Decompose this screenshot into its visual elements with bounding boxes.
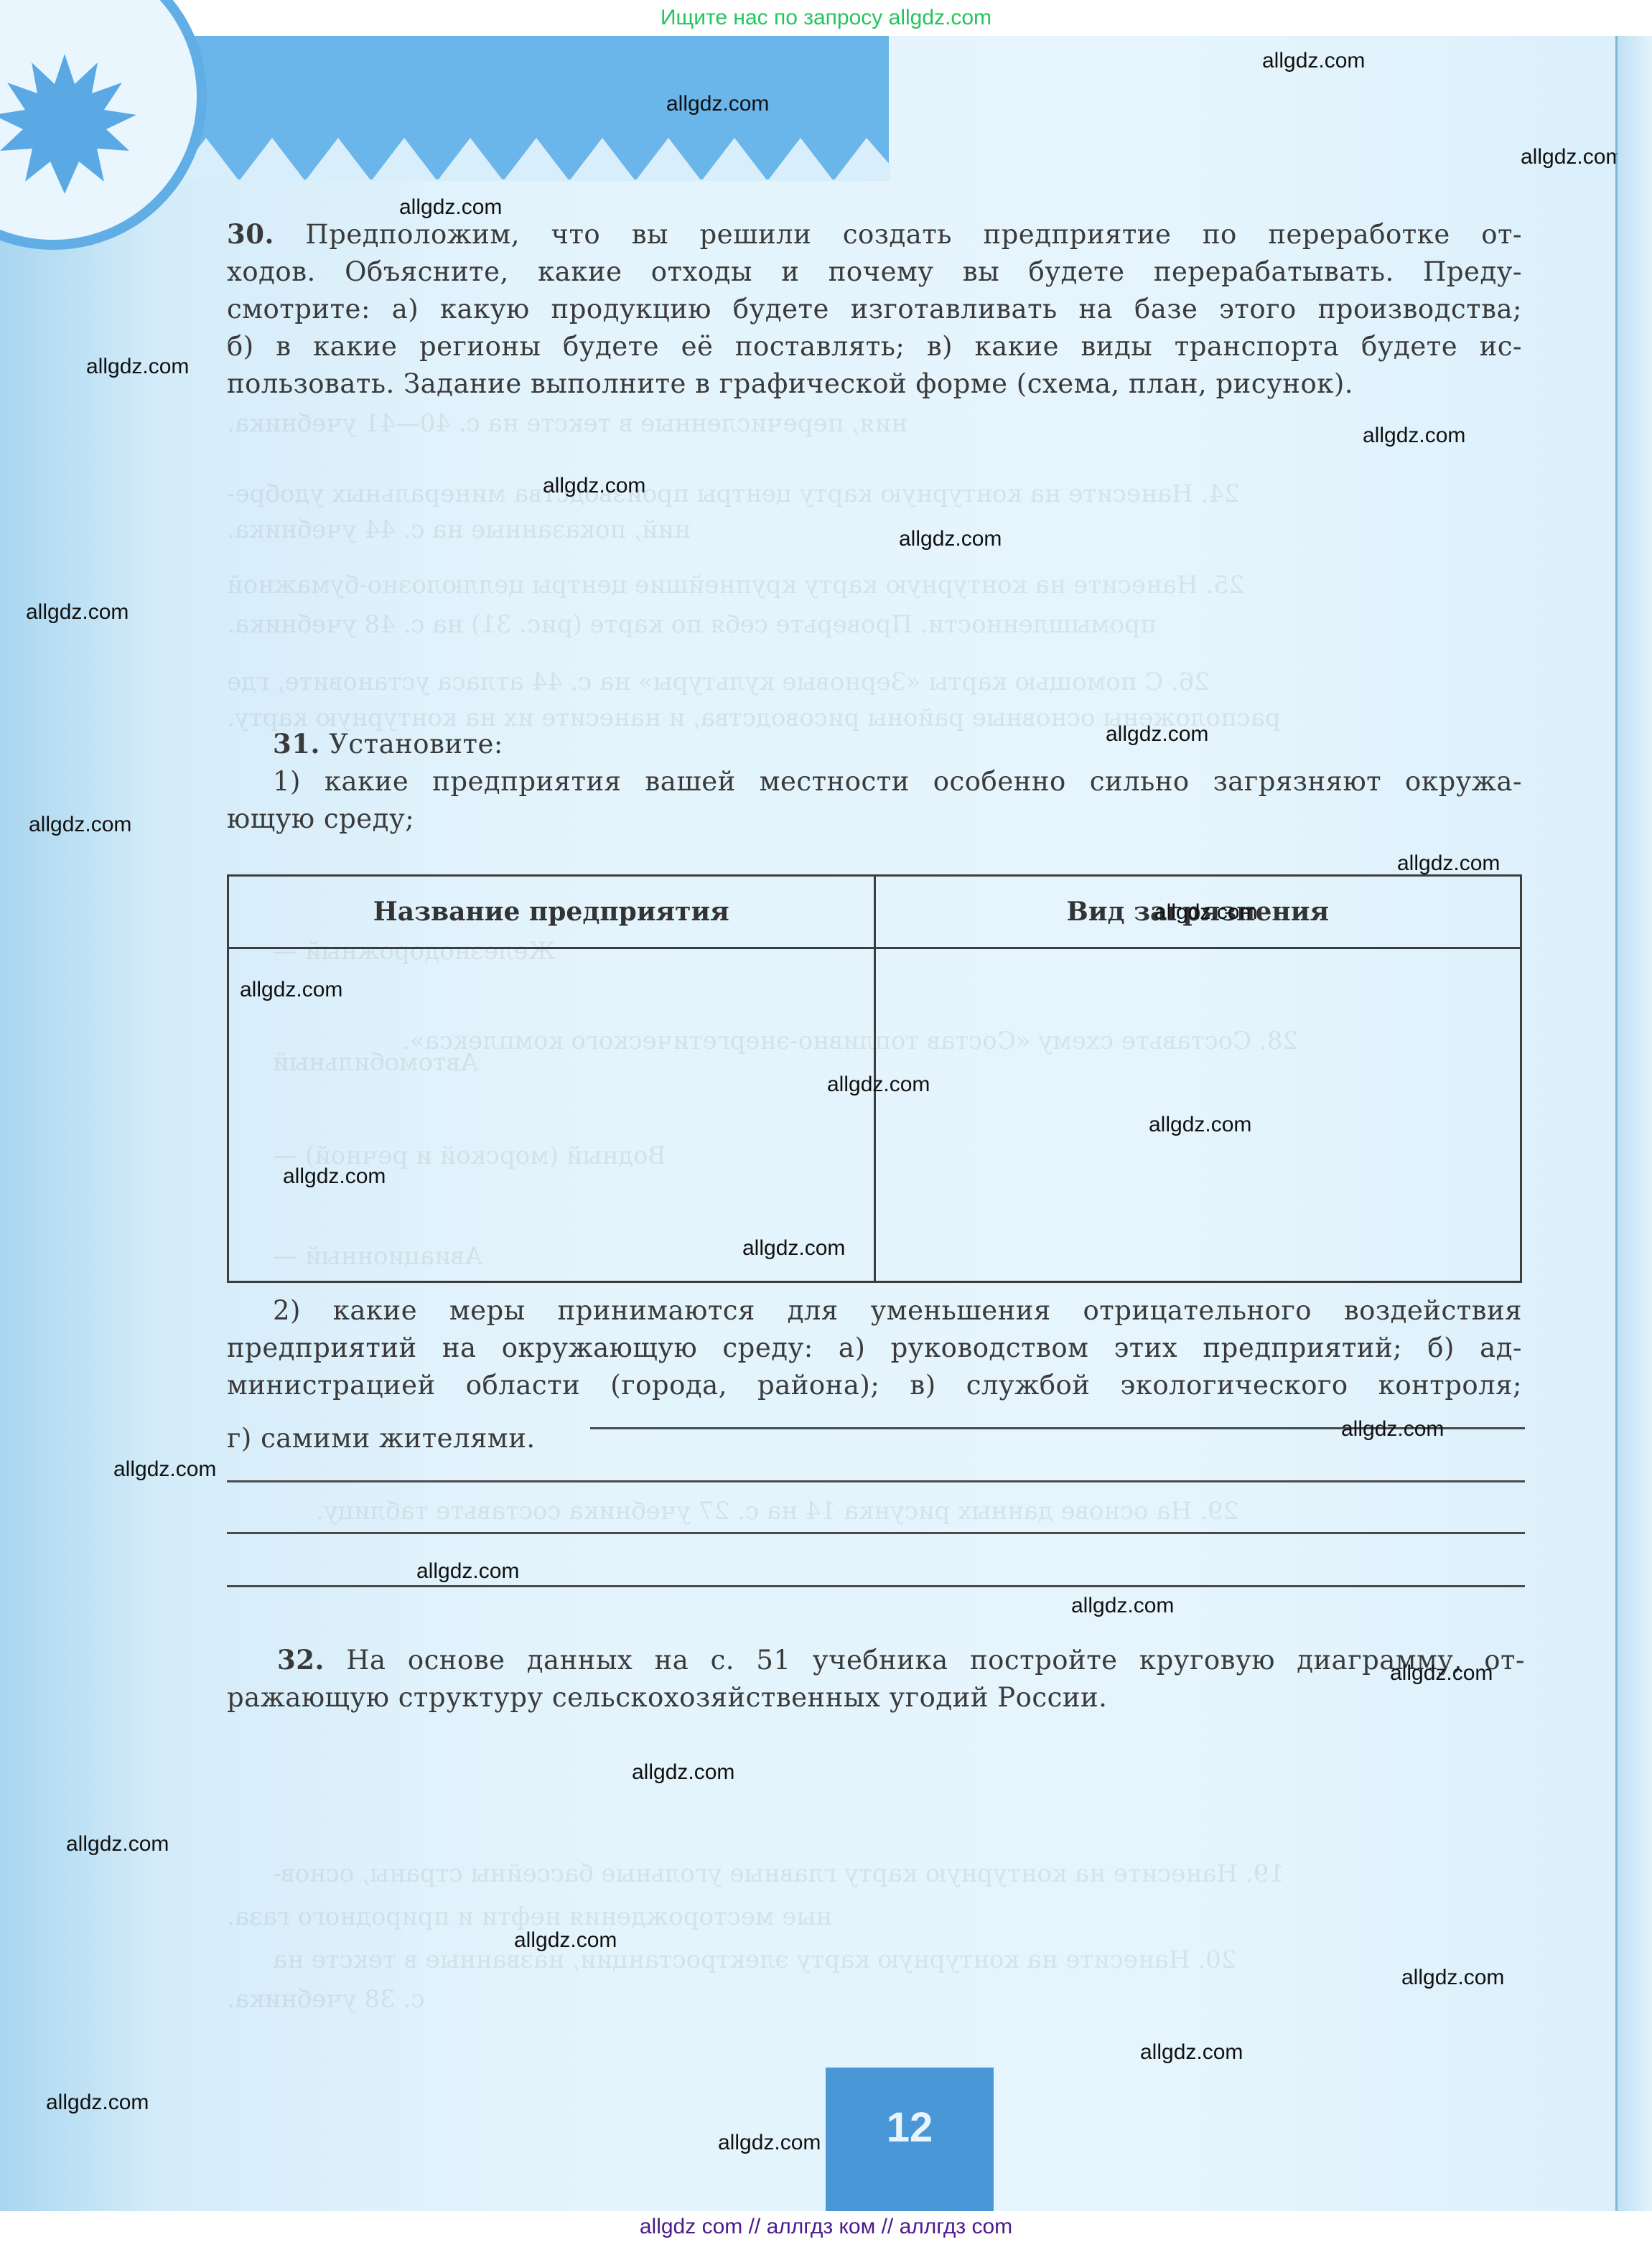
show-through-text: 19. Нанесите на контурную карту главные …	[273, 1859, 1284, 1888]
task-31-part1-line: 1) какие предприятия вашей местности осо…	[227, 763, 1522, 800]
watermark: allgdz.com	[666, 92, 769, 116]
watermark: allgdz.com	[827, 1073, 930, 1097]
task-32-line: 32. На основе данных на с. 51 учебника п…	[227, 1641, 1525, 1679]
task-30: 30. Предположим, что вы решили создать п…	[227, 215, 1522, 403]
star-icon	[0, 50, 136, 201]
watermark: allgdz.com	[1363, 424, 1465, 448]
show-through-text: промышленности. Проверьте себя по карте …	[227, 610, 1157, 639]
task-31-part2-line: предприятий на окружающую среду: а) руко…	[227, 1330, 1522, 1367]
show-through-text: с. 38 учебника.	[227, 1985, 424, 2014]
footer-bar: allgdz com // аллгдз ком // аллгдз com	[0, 2211, 1652, 2242]
answer-line[interactable]	[227, 1532, 1525, 1534]
task-32-line: ражающую структуру сельскохозяйственных …	[227, 1679, 1525, 1716]
show-through-text: ния, перечисленные в тексте на с. 40—41 …	[227, 409, 907, 438]
promo-text[interactable]: Ищите нас по запросу allgdz.com	[661, 6, 991, 29]
watermark: allgdz.com	[1390, 1661, 1493, 1686]
book-spine	[1615, 36, 1618, 2211]
promo-bar: Ищите нас по запросу allgdz.com	[0, 0, 1652, 36]
watermark: allgdz.com	[718, 2131, 821, 2155]
watermark: allgdz.com	[1401, 1966, 1504, 1990]
watermark: allgdz.com	[514, 1928, 617, 1953]
task-31-part2-line: 2) какие меры принимаются для уменьшения…	[227, 1292, 1522, 1330]
watermark: allgdz.com	[742, 1236, 845, 1261]
show-through-text: 20. Нанесите на контурную карту электрос…	[273, 1946, 1236, 1974]
show-through-text: 26. С помощью карты «Зерновые культуры» …	[227, 668, 1210, 696]
watermark: allgdz.com	[1262, 49, 1365, 73]
page-edge	[1618, 36, 1652, 2211]
watermark: allgdz.com	[632, 1760, 734, 1785]
task-30-line: б) в какие регионы будете её поставлять;…	[227, 328, 1522, 365]
page-number-tab: 12	[826, 2068, 994, 2211]
task-31-part2-line: министрацией области (города, района); в…	[227, 1367, 1522, 1404]
show-through-text: 24. Нанесите на контурную карту центры п…	[227, 480, 1240, 508]
column-header-enterprise: Название предприятия	[228, 876, 875, 948]
watermark: allgdz.com	[66, 1832, 169, 1856]
table-header-row: Название предприятия Вид загрязнения	[228, 876, 1521, 948]
show-through-text: ные месторождения нефти и природного газ…	[227, 1902, 832, 1931]
show-through-text: 29. На основе данных рисунка 14 на с. 27…	[316, 1497, 1238, 1526]
workbook-page: ния, перечисленные в тексте на с. 40—41 …	[0, 36, 1652, 2211]
watermark: allgdz.com	[1106, 722, 1208, 747]
table-row	[228, 948, 1521, 1282]
watermark: allgdz.com	[240, 978, 342, 1002]
watermark: allgdz.com	[1149, 1113, 1251, 1137]
task-31-part2-line: г) самими жителями.	[227, 1420, 1522, 1457]
zigzag-border-icon	[108, 136, 890, 181]
task-31-part1-line: ющую среду;	[227, 800, 1522, 838]
watermark: allgdz.com	[46, 2091, 149, 2115]
page-number: 12	[826, 2103, 994, 2152]
show-through-text: ний, показанные на с. 44 учебника.	[227, 515, 691, 544]
task-31-part2: 2) какие меры принимаются для уменьшения…	[227, 1292, 1522, 1457]
answer-line[interactable]	[227, 1585, 1525, 1587]
watermark: allgdz.com	[416, 1559, 519, 1584]
task-30-line: смотрите: а) какую продукцию будете изго…	[227, 291, 1522, 328]
watermark: allgdz.com	[283, 1164, 386, 1189]
show-through-text: 25. Нанесите на контурную карту крупнейш…	[227, 571, 1244, 599]
task-30-line: пользовать. Задание выполните в графичес…	[227, 365, 1522, 403]
watermark: allgdz.com	[1341, 1417, 1444, 1442]
watermark: allgdz.com	[399, 195, 502, 220]
watermark: allgdz.com	[543, 474, 645, 498]
footer-links[interactable]: allgdz com // аллгдз ком // аллгдз com	[640, 2215, 1012, 2238]
task-31-title: 31. Установите:	[227, 725, 1522, 763]
task-number: 30.	[227, 218, 274, 250]
task-31: 31. Установите: 1) какие предприятия ваш…	[227, 725, 1522, 838]
task-30-line: 30. Предположим, что вы решили создать п…	[227, 215, 1522, 253]
watermark: allgdz.com	[26, 600, 129, 625]
watermark: allgdz.com	[29, 813, 131, 837]
answer-line[interactable]	[227, 1480, 1525, 1482]
watermark: allgdz.com	[899, 527, 1002, 551]
watermark: allgdz.com	[1154, 900, 1257, 925]
task-32: 32. На основе данных на с. 51 учебника п…	[227, 1641, 1525, 1716]
watermark: allgdz.com	[1397, 851, 1500, 876]
watermark: allgdz.com	[1521, 145, 1623, 169]
watermark: allgdz.com	[113, 1457, 216, 1482]
watermark: allgdz.com	[86, 355, 189, 379]
watermark: allgdz.com	[1140, 2040, 1243, 2065]
task-30-line: ходов. Объясните, какие отходы и почему …	[227, 253, 1522, 291]
watermark: allgdz.com	[1071, 1594, 1174, 1618]
